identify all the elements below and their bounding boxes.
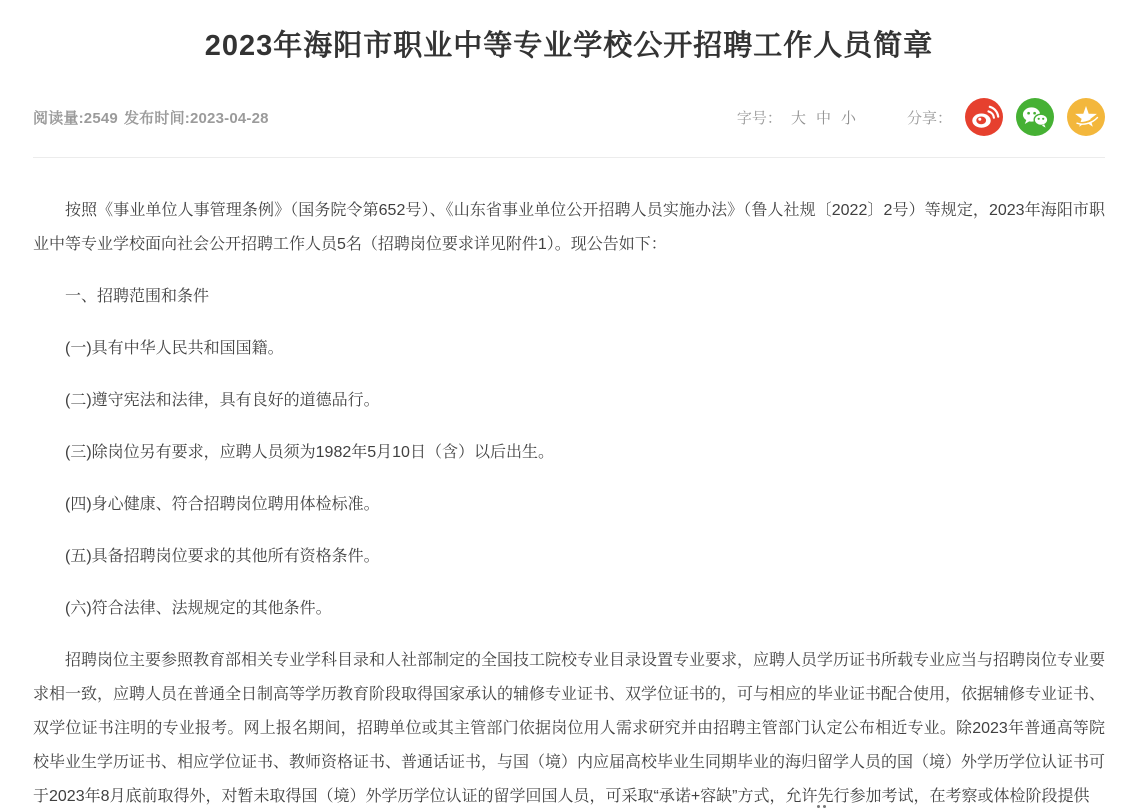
read-count: 阅读量:2549	[33, 110, 118, 127]
weibo-icon	[965, 98, 1003, 136]
page-title: 2023年海阳市职业中等专业学校公开招聘工作人员简章	[33, 0, 1105, 66]
paragraph-intro: 按照《事业单位人事管理条例》（国务院令第652号）、《山东省事业单位公开招聘人员…	[33, 194, 1105, 262]
clipped-next-line-fragment	[817, 805, 820, 808]
wechat-share-button[interactable]	[1016, 98, 1054, 136]
condition-item-4: (四)身心健康、符合招聘岗位聘用体检标准。	[33, 488, 1105, 522]
font-size-option-large[interactable]: 大	[791, 107, 806, 128]
font-size-label: 字号：	[737, 107, 782, 128]
qzone-star-icon	[1067, 98, 1105, 136]
publish-time: 发布时间:2023-04-28	[124, 110, 269, 127]
share-label: 分享：	[907, 107, 952, 128]
condition-item-2: (二)遵守宪法和法律，具有良好的道德品行。	[33, 384, 1105, 418]
weibo-share-button[interactable]	[965, 98, 1003, 136]
article-toolbar: 字号： 大 中 小 分享：	[737, 98, 1105, 136]
wechat-icon	[1016, 98, 1054, 136]
meta-toolbar-row: 阅读量:2549发布时间:2023-04-28 字号： 大 中 小 分享：	[33, 98, 1105, 136]
font-size-option-medium[interactable]: 中	[816, 107, 831, 128]
condition-item-1: (一)具有中华人民共和国国籍。	[33, 332, 1105, 366]
condition-item-6: (六)符合法律、法规规定的其他条件。	[33, 592, 1105, 626]
article-body: 按照《事业单位人事管理条例》（国务院令第652号）、《山东省事业单位公开招聘人员…	[33, 158, 1105, 811]
qzone-share-button[interactable]	[1067, 98, 1105, 136]
section-heading-1: 一、招聘范围和条件	[33, 280, 1105, 314]
font-size-option-small[interactable]: 小	[841, 107, 856, 128]
article-page: { "article": { "title": "2023年海阳市职业中等专业学…	[0, 0, 1138, 811]
paragraph-requirements: 招聘岗位主要参照教育部相关专业学科目录和人社部制定的全国技工院校专业目录设置专业…	[33, 644, 1105, 811]
condition-item-5: (五)具备招聘岗位要求的其他所有资格条件。	[33, 540, 1105, 574]
article-meta: 阅读量:2549发布时间:2023-04-28	[33, 107, 275, 128]
condition-item-3: (三)除岗位另有要求，应聘人员须为1982年5月10日（含）以后出生。	[33, 436, 1105, 470]
